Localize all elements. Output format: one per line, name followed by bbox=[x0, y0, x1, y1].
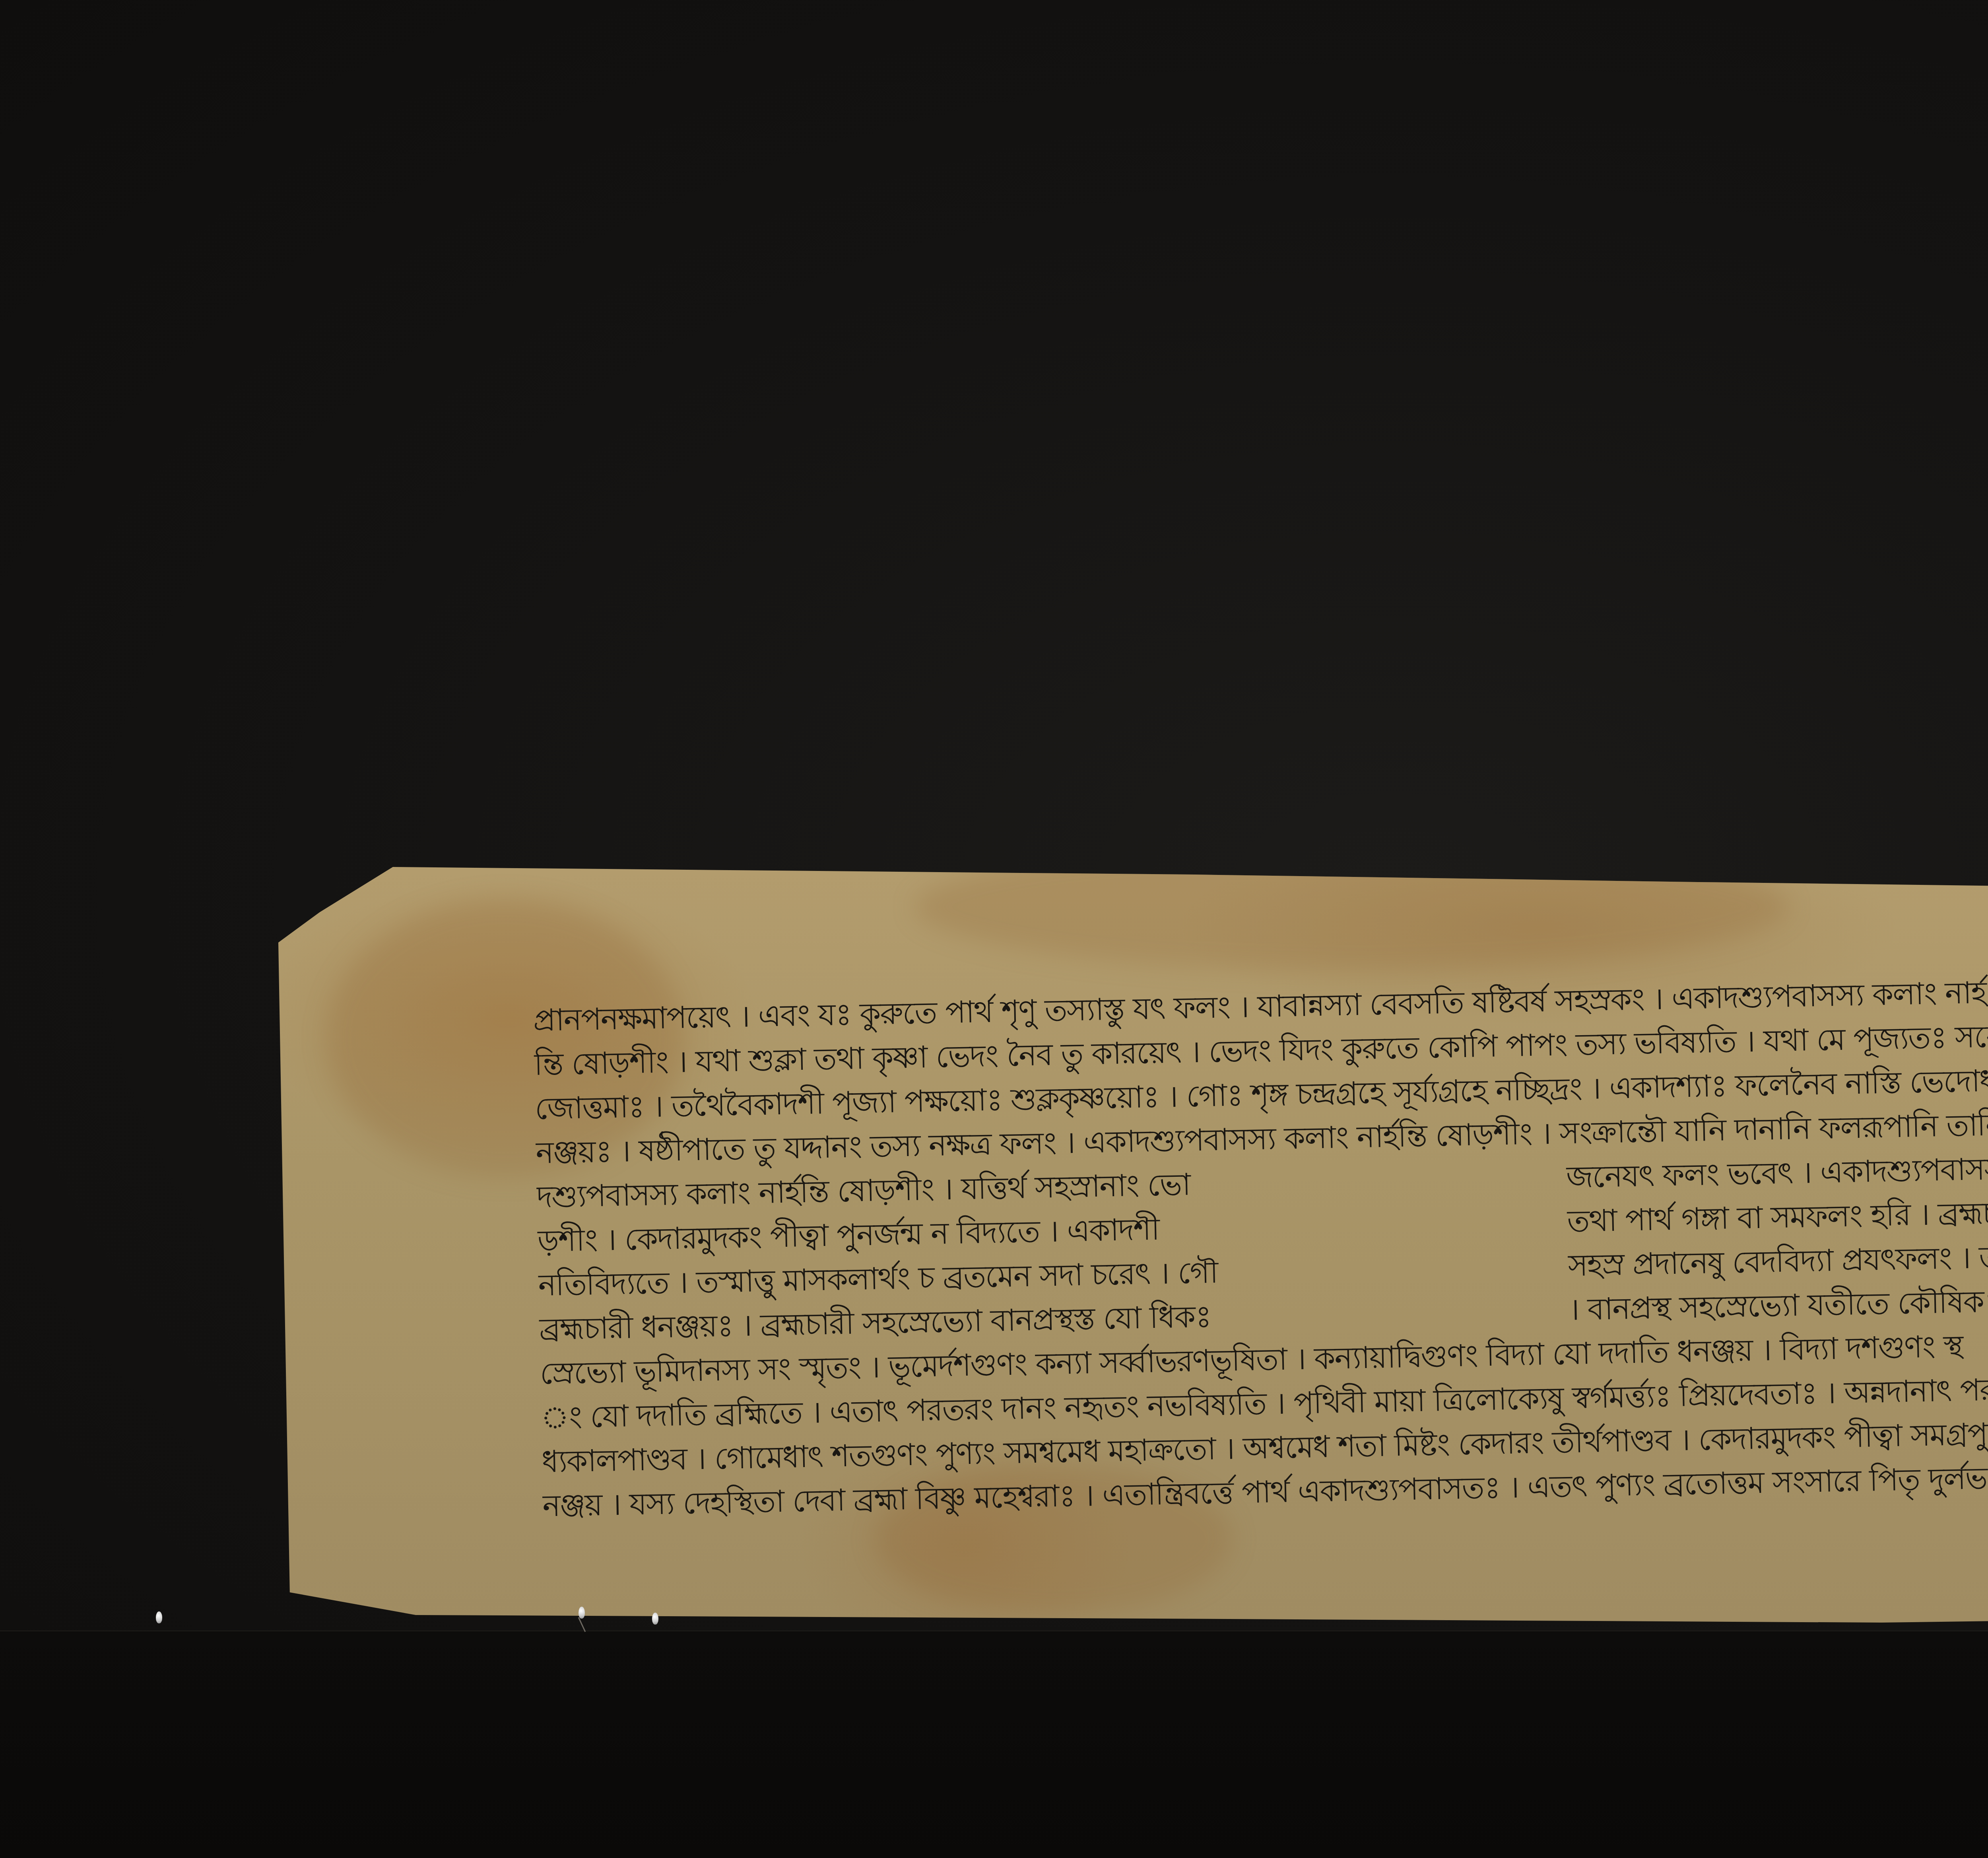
mounting-pin bbox=[156, 1611, 162, 1623]
manuscript-text: প্রানপনক্ষমাপয়েৎ । এবং যঃ কুরুতে পার্থ … bbox=[533, 960, 1988, 1528]
mounting-pin bbox=[579, 1607, 585, 1619]
mounting-pin bbox=[652, 1613, 658, 1625]
display-shelf bbox=[0, 1631, 1988, 1858]
manuscript-folio: প্রানপনক্ষমাপয়েৎ । এবং যঃ কুরুতে পার্থ … bbox=[278, 867, 1988, 1623]
